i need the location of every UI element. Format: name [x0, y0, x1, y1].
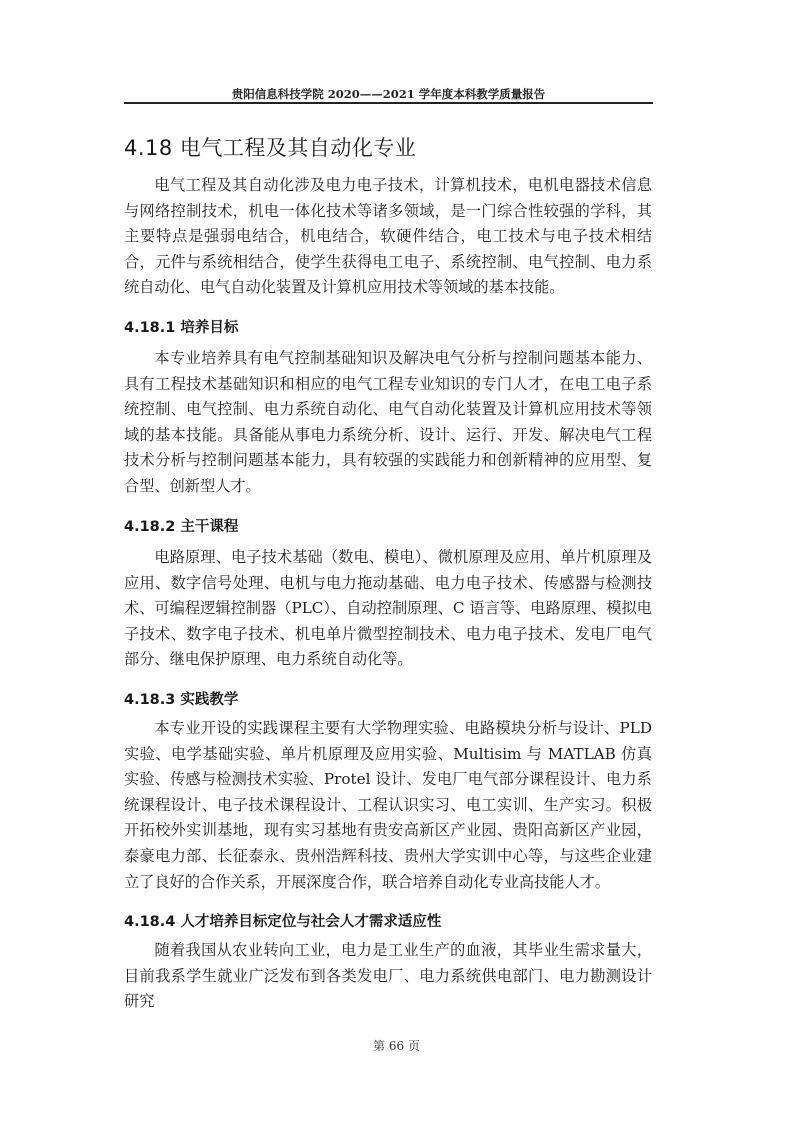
training-goals-paragraph: 本专业培养具有电气控制基础知识及解决电气分析与控制问题基本能力、具有工程技术基础… — [124, 346, 652, 500]
section-title: 4.18 电气工程及其自动化专业 — [124, 132, 416, 162]
page-number: 第 66 页 — [0, 1037, 793, 1054]
practice-teaching-paragraph: 本专业开设的实践课程主要有大学物理实验、电路模块分析与设计、PLD 实验、电学基… — [124, 716, 652, 895]
core-courses-paragraph: 电路原理、电子技术基础（数电、模电）、微机原理及应用、单片机原理及应用、数字信号… — [124, 545, 652, 673]
subsection-heading-core-courses: 4.18.2 主干课程 — [124, 515, 238, 536]
intro-paragraph: 电气工程及其自动化涉及电力电子技术，计算机技术，电机电器技术信息与网络控制技术，… — [124, 173, 652, 301]
header-divider — [124, 102, 653, 104]
subsection-heading-talent-positioning: 4.18.4 人才培养目标定位与社会人才需求适应性 — [124, 910, 441, 931]
talent-positioning-paragraph: 随着我国从农业转向工业，电力是工业生产的血液，其毕业生需求量大，目前我系学生就业… — [124, 938, 652, 1015]
subsection-heading-training-goals: 4.18.1 培养目标 — [124, 316, 238, 337]
subsection-heading-practice-teaching: 4.18.3 实践教学 — [124, 688, 238, 709]
running-header: 贵阳信息科技学院 2020——2021 学年度本科教学质量报告 — [124, 86, 653, 102]
